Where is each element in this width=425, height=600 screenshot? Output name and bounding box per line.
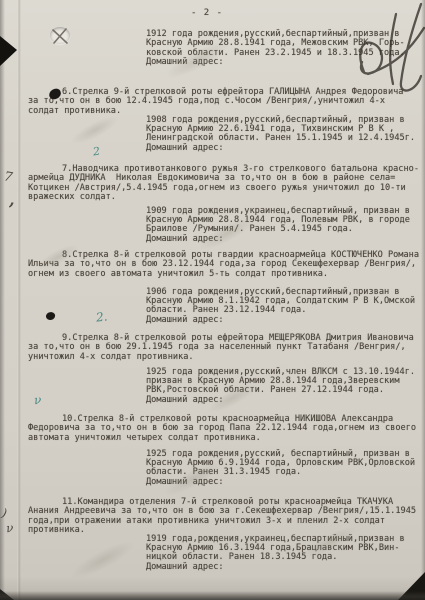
page-number: - 2 - (0, 8, 414, 18)
entry-9-info: 1925 года рождения,русский,член ВЛКСМ с … (146, 368, 424, 406)
typed-line: уничтожил 4-х солдат противника. (28, 353, 424, 362)
entry-8-info: 1906 года рождения,русский,беспартийный,… (146, 288, 424, 326)
punch-hole (50, 27, 70, 44)
pencil-mark: ν (5, 521, 14, 536)
document-page: - 2 - 1912 года рождения,русский,беспарт… (0, 0, 425, 600)
paper-crease (17, 0, 21, 600)
entry-9-paragraph: 9.Стрелка 8-й стрелковой роты ефрейтора … (28, 334, 424, 362)
entry-6-info: 1908 года рождения,русский,беспартийный,… (146, 116, 424, 154)
handwritten-tick: ν (33, 393, 41, 408)
screenshot-root: { "colors": { "paper": "#d5d1c9", "ink":… (0, 0, 425, 600)
handwritten-tick: 2. (95, 309, 108, 324)
entry-10-paragraph: 10.Стрелка 8-й стрелковой роты красноарм… (28, 415, 424, 443)
page-edge-shadow (0, 591, 425, 600)
entry-5-continuation-info: 1912 года рождения,русский,беспартийный,… (146, 30, 424, 68)
typed-line: огнем из своего автомата уничтожил 5-ть … (28, 270, 424, 279)
pencil-mark: 7 (3, 169, 14, 185)
typed-line: года,при отражении атаки противника унич… (28, 517, 424, 526)
typed-line: Домашний адрес: (146, 563, 424, 572)
torn-corner (0, 36, 17, 66)
typed-line: вражеских солдат. (28, 193, 424, 202)
typed-line: Домашний адрес: (146, 58, 424, 67)
entry-10-info: 1925 года рождения,русский, беспартийный… (146, 450, 424, 488)
typed-line: Домашний адрес: (146, 235, 424, 244)
entry-11-paragraph: 11.Командира отделения 7-й стрелковой ро… (28, 498, 424, 536)
typed-line: Домашний адрес: (146, 396, 424, 405)
entry-11-info: 1919 года,рождения,украинец,беспартийный… (146, 535, 424, 573)
entry-7-info: 1909 года рождения,украинец,беспартийный… (146, 207, 424, 245)
typed-line: Домашний адрес: (146, 478, 424, 487)
ink-blot (45, 311, 55, 320)
typed-line: Домашний адрес: (146, 316, 424, 325)
typed-line: Домашний адрес: (146, 144, 424, 153)
entry-8-paragraph: 8.Стрелка 8-й стрелковой роты гвардии кр… (28, 251, 424, 279)
watermark-smudge (55, 527, 150, 593)
page-edge-shadow (421, 0, 425, 600)
entry-7-paragraph: 7.Наводчика противотанкового ружья 3-го … (28, 165, 424, 203)
handwritten-tick: 2 (92, 145, 101, 159)
pencil-mark: , (9, 190, 15, 209)
entry-6-paragraph: 6.Стрелка 9-й стрелковой роты ефрейтора … (28, 88, 424, 116)
typed-line: автомата уничтожил четырех солдат против… (28, 434, 424, 443)
